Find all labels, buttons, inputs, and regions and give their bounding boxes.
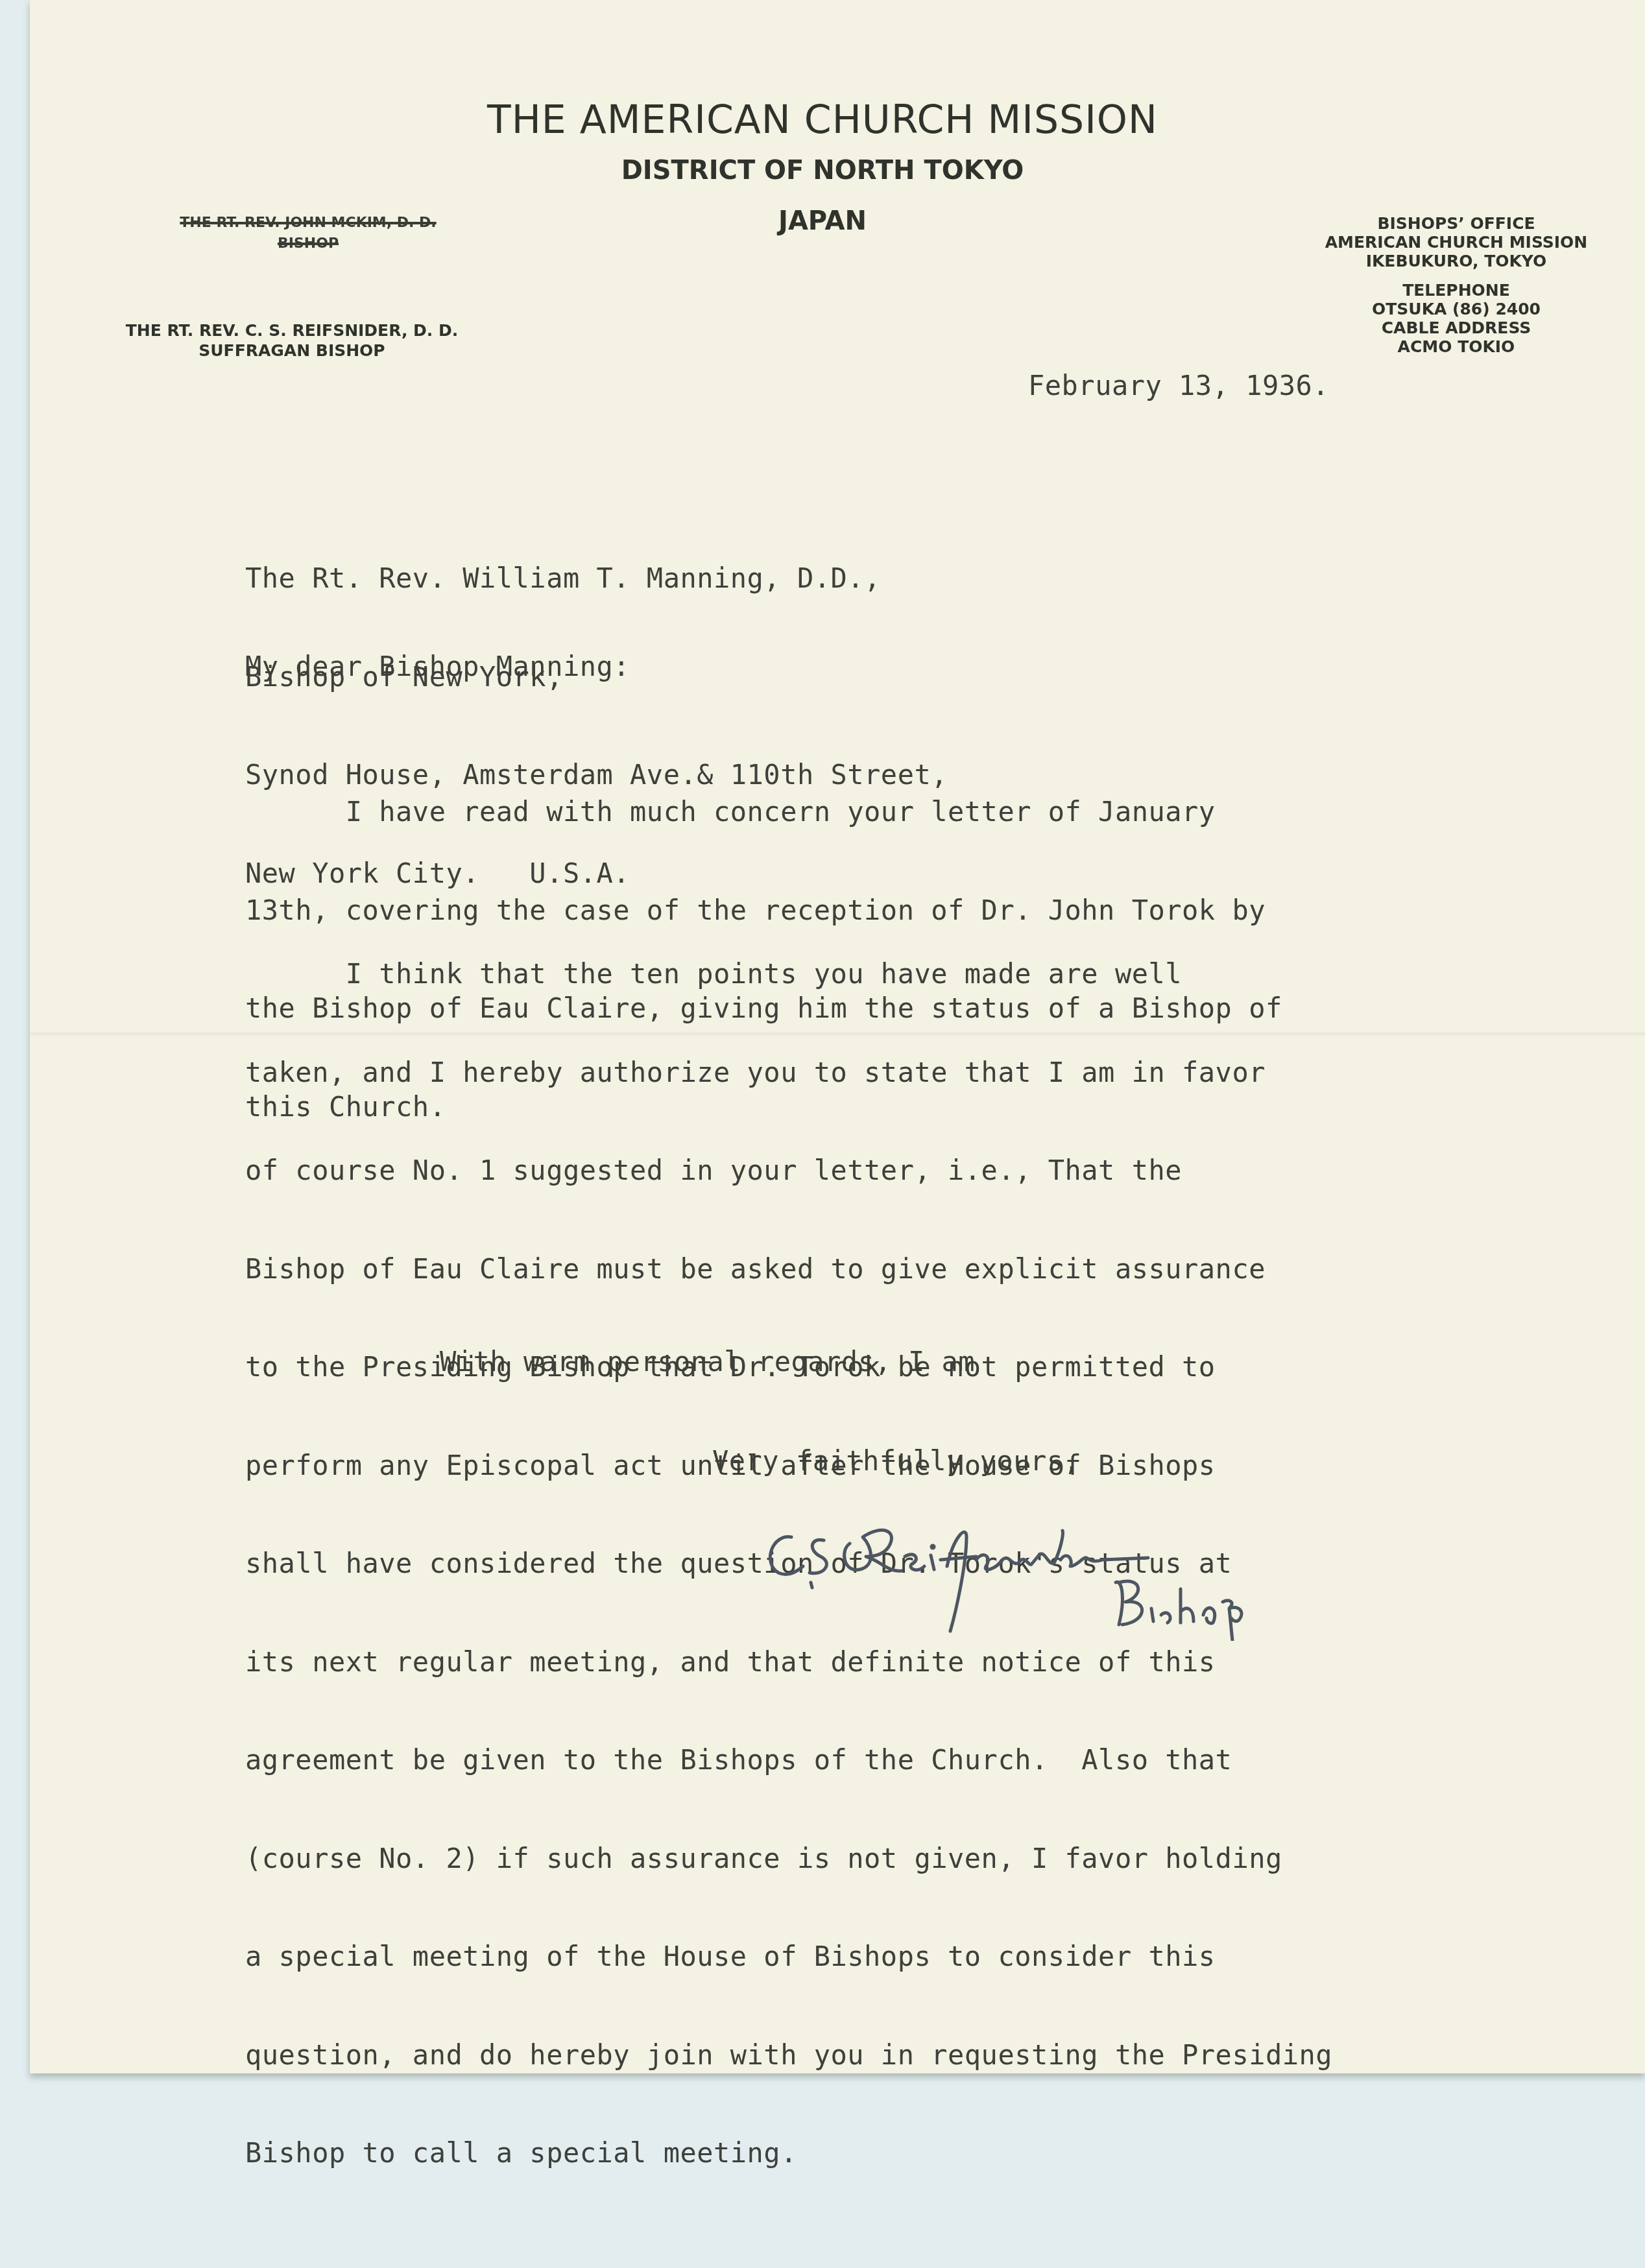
suffragan-bishop-role: SUFFRAGAN BISHOP	[91, 340, 493, 361]
paragraph-line: taken, and I hereby authorize you to sta…	[245, 1056, 1332, 1090]
contact-line: TELEPHONE	[1291, 281, 1622, 300]
paragraph-line: of course No. 1 suggested in your letter…	[245, 1154, 1332, 1188]
letterhead-title: THE AMERICAN CHURCH MISSION	[0, 97, 1645, 143]
letterhead-district: DISTRICT OF NORTH TOKYO	[0, 156, 1645, 185]
suffragan-bishop-name: THE RT. REV. C. S. REIFSNIDER, D. D.	[91, 320, 493, 340]
struck-bishop-role: BISHOP	[104, 233, 512, 254]
paragraph-line: question, and do hereby join with you in…	[245, 2039, 1332, 2072]
office-line: BISHOPS’ OFFICE	[1291, 214, 1622, 233]
contact-line: CABLE ADDRESS	[1291, 318, 1622, 337]
letter-date: February 13, 1936.	[1028, 370, 1329, 403]
suffragan-bishop-block: THE RT. REV. C. S. REIFSNIDER, D. D. SUF…	[91, 320, 493, 361]
contact-line: ACMO TOKIO	[1291, 337, 1622, 356]
paragraph-line: agreement be given to the Bishops of the…	[245, 1744, 1332, 1777]
struck-bishop-name: THE RT. REV. JOHN MCKIM, D. D.	[104, 213, 512, 233]
paragraph-line: (course No. 2) if such assurance is not …	[245, 1843, 1332, 1876]
handwritten-signature: C. S. Reifsnider Bishop	[752, 1511, 1375, 1641]
address-line: The Rt. Rev. William T. Manning, D.D.,	[245, 562, 948, 595]
salutation: My dear Bishop Manning:	[245, 651, 630, 684]
paragraph-line: I think that the ten points you have mad…	[245, 958, 1332, 991]
paragraph-line: its next regular meeting, and that defin…	[245, 1646, 1332, 1679]
paragraph-line: a special meeting of the House of Bishop…	[245, 1940, 1332, 1974]
struck-bishop-block: THE RT. REV. JOHN MCKIM, D. D. BISHOP	[104, 213, 512, 254]
office-line: AMERICAN CHURCH MISSION	[1291, 233, 1622, 252]
paragraph-line: Bishop of Eau Claire must be asked to gi…	[245, 1253, 1332, 1286]
office-line: IKEBUKURO, TOKYO	[1291, 252, 1622, 270]
valediction: Very faithfully yours,	[712, 1445, 1080, 1478]
paragraph-line: Bishop to call a special meeting.	[245, 2137, 1332, 2170]
office-address-block: BISHOPS’ OFFICE AMERICAN CHURCH MISSION …	[1291, 214, 1622, 356]
signature-icon	[752, 1511, 1375, 1641]
closing-line: With warm personal regards, I am	[440, 1346, 975, 1379]
contact-line: OTSUKA (86) 2400	[1291, 300, 1622, 318]
paragraph-line: I have read with much concern your lette…	[245, 796, 1282, 829]
